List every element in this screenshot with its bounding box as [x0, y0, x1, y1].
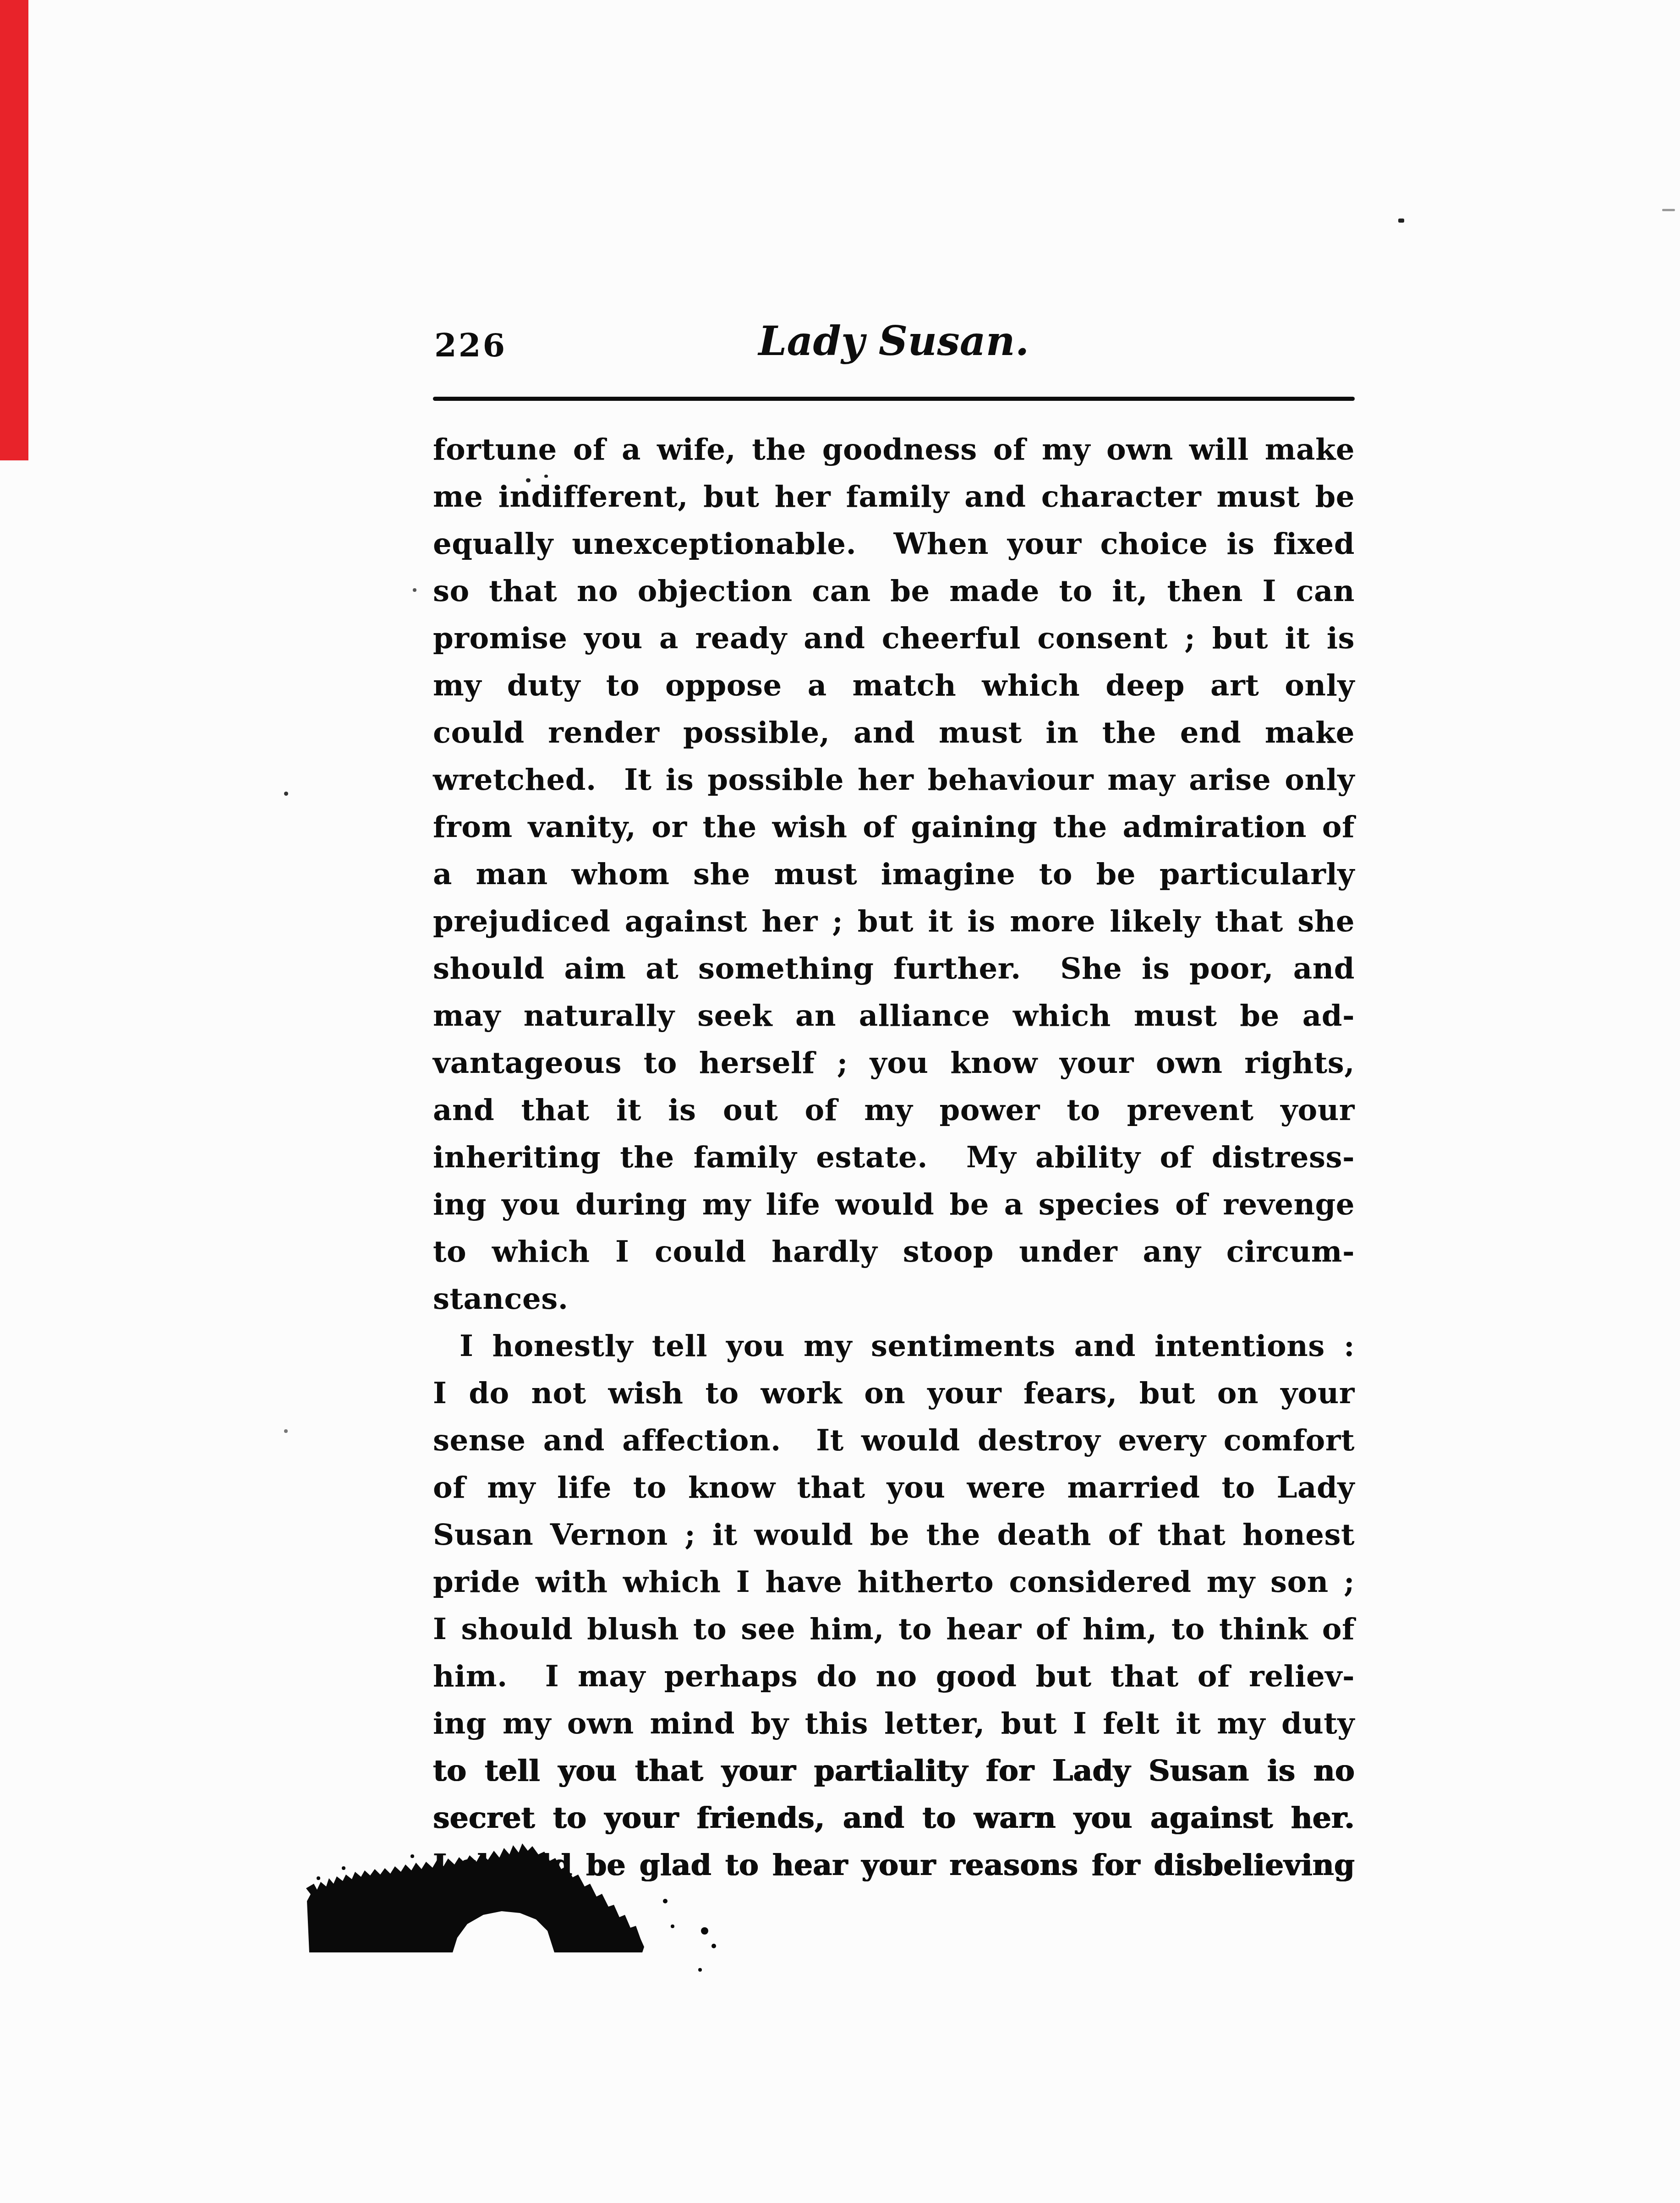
text-line: a man whom she must imagine to be partic…: [433, 851, 1355, 898]
text-line: fortune of a wife, the goodness of my ow…: [433, 426, 1355, 473]
scan-speck: [1398, 219, 1404, 223]
text-line: prejudiced against her ; but it is more …: [433, 898, 1355, 945]
text-line: ing my own mind by this letter, but I fe…: [433, 1700, 1355, 1747]
scan-speck: [413, 588, 416, 592]
text-line: my duty to oppose a match which deep art…: [433, 662, 1355, 709]
text-line: promise you a ready and cheerful consent…: [433, 615, 1355, 662]
scan-speck: [544, 475, 548, 478]
text-line: from vanity, or the wish of gaining the …: [433, 804, 1355, 851]
ink-blot: [275, 1832, 733, 1988]
text-line: to tell you that your partiality for Lad…: [433, 1747, 1355, 1794]
scan-speck: [526, 478, 531, 482]
text-line: so that no objection can be made to it, …: [433, 568, 1355, 615]
scan-speck: [1662, 209, 1675, 211]
text-line: should aim at something further. She is …: [433, 945, 1355, 992]
red-edge-strip: [0, 0, 28, 460]
text-line: Susan Vernon ; it would be the death of …: [433, 1511, 1355, 1558]
text-line: sense and affection. It would destroy ev…: [433, 1417, 1355, 1464]
scan-speck: [284, 792, 288, 796]
text-line: equally unexceptionable. When your choic…: [433, 520, 1355, 568]
running-title: Lady Susan.: [433, 318, 1355, 364]
text-line: may naturally seek an alliance which mus…: [433, 992, 1355, 1039]
header-rule: [433, 397, 1355, 401]
book-page: 226 Lady Susan. fortune of a wife, the g…: [0, 0, 1680, 2203]
text-line: pride with which I have hitherto conside…: [433, 1558, 1355, 1606]
text-line: to which I could hardly stoop under any …: [433, 1228, 1355, 1275]
scan-speck: [284, 1429, 288, 1433]
text-line: stances.: [433, 1275, 1355, 1323]
text-line: ing you during my life would be a specie…: [433, 1181, 1355, 1228]
text-line: of my life to know that you were married…: [433, 1464, 1355, 1511]
text-line: vantageous to herself ; you know your ow…: [433, 1039, 1355, 1087]
text-line: me indifferent, but her family and chara…: [433, 473, 1355, 520]
body-text: fortune of a wife, the goodness of my ow…: [433, 426, 1355, 1889]
text-line: and that it is out of my power to preven…: [433, 1087, 1355, 1134]
text-line: I do not wish to work on your fears, but…: [433, 1370, 1355, 1417]
text-line: inheriting the family estate. My ability…: [433, 1134, 1355, 1181]
text-line: I honestly tell you my sentiments and in…: [433, 1323, 1355, 1370]
text-line: wretched. It is possible her behaviour m…: [433, 756, 1355, 804]
text-line: him. I may perhaps do no good but that o…: [433, 1653, 1355, 1700]
text-line: could render possible, and must in the e…: [433, 709, 1355, 756]
text-line: I should blush to see him, to hear of hi…: [433, 1606, 1355, 1653]
